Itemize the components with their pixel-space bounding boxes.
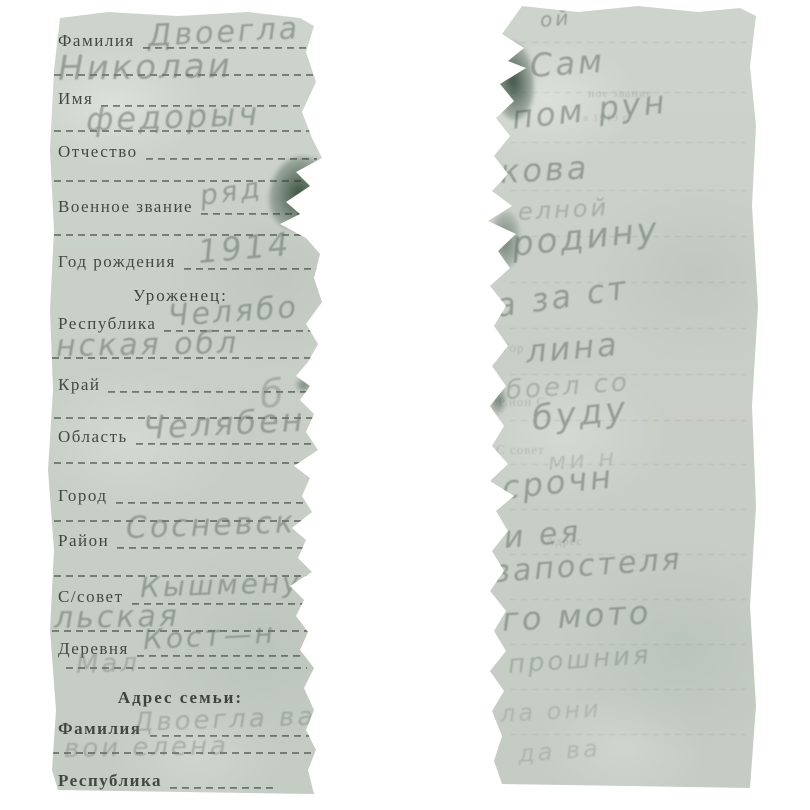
field-patronymic-label: Отчество (58, 143, 138, 160)
handwriting-rank: ряд (198, 173, 264, 209)
ruled-line (510, 328, 746, 329)
form-line (54, 180, 309, 182)
handwriting-birth-year: 1914 (197, 228, 293, 268)
handwriting-village-2: Мал (76, 650, 141, 678)
handwriting-village: Кост—н (142, 619, 276, 654)
bleedthrough-text: С совет (496, 442, 545, 458)
handwriting-line: а за ст (494, 272, 631, 322)
field-city: Город (58, 487, 317, 504)
handwriting-line: да ва (517, 736, 601, 766)
field-line (116, 492, 318, 504)
ink-blot-small (296, 378, 312, 392)
field-oblast-label: Область (58, 428, 128, 445)
handwriting-line: го мото (501, 596, 652, 636)
field-city-label: Город (58, 487, 108, 504)
ruled-line (510, 734, 746, 735)
handwriting-line: лина (525, 328, 621, 368)
field-family-republic: Республика (58, 772, 273, 789)
bleedthrough-text: Гор (502, 340, 524, 356)
handwriting-line: ла они (499, 697, 602, 726)
handwriting-line: и ея (503, 517, 583, 554)
handwriting-family-surname-2: вои елена (64, 733, 229, 762)
field-surname-label: Фамилия (58, 32, 135, 49)
handwriting-line: Сам (529, 45, 606, 82)
field-family-republic-label: Республика (58, 772, 162, 789)
form-line (54, 462, 311, 464)
right-message-strip: ное звание в 1919 г. Гор Р.йон С С совет… (488, 6, 758, 788)
ruled-line (510, 142, 746, 143)
handwriting-line: буду (530, 392, 630, 436)
handwriting-selsoviet: Кышмену (140, 568, 303, 602)
ruled-line (510, 190, 746, 191)
handwriting-line: прошния (507, 642, 652, 678)
handwriting-republic-2: нская обл (56, 329, 240, 362)
ink-blot (263, 151, 335, 235)
ruled-line (510, 42, 746, 43)
handwriting-surname-2: Николаи (58, 49, 233, 86)
field-rank-label: Военное звание (58, 198, 193, 215)
left-form-strip: Фамилия Имя Отчество Военное звание Год … (48, 10, 343, 794)
field-district-label: Район (58, 532, 109, 549)
handwriting-name: федорыч (85, 98, 260, 136)
ruled-line (510, 689, 746, 690)
handwriting-oblast: Челябен (142, 404, 306, 444)
handwriting-line: срочн (500, 460, 615, 504)
handwriting-district: Сосневск (125, 508, 296, 544)
field-line (170, 777, 273, 789)
handwriting-line: ой (539, 7, 572, 30)
handwriting-line: кова (499, 151, 590, 188)
field-patronymic: Отчество (58, 143, 317, 160)
field-krai-label: Край (58, 376, 100, 393)
field-birth-year-label: Год рождения (58, 253, 176, 270)
ruled-line (510, 509, 746, 510)
